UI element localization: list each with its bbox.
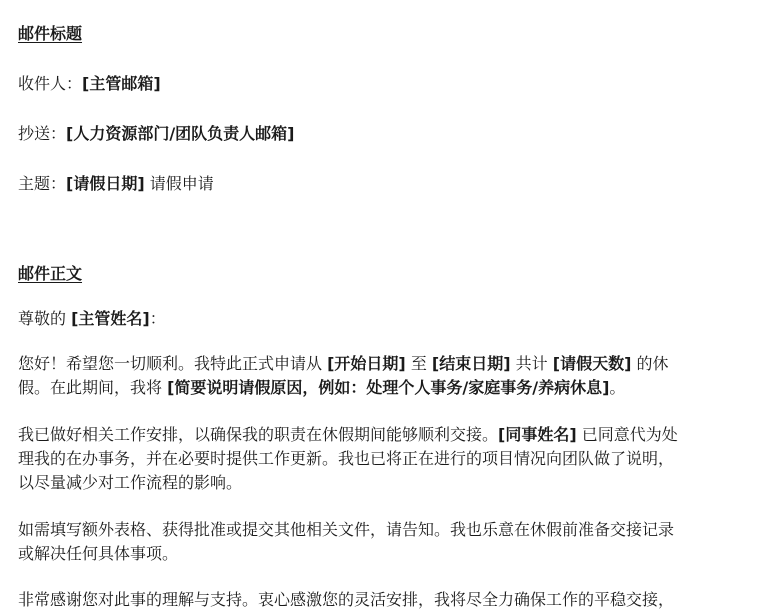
- text-segment: 您好！希望您一切顺利。我特此正式申请从: [18, 354, 327, 373]
- recipient-placeholder: [主管邮箱]: [82, 74, 161, 93]
- paragraph-row: 以尽量减少对工作流程的影响。: [18, 471, 760, 495]
- paragraph-row: 或解决任何具体事项。: [18, 542, 760, 566]
- recipient-line: 收件人：[主管邮箱]: [18, 72, 161, 96]
- text-segment: 。: [609, 378, 625, 397]
- colleague-name-placeholder: [同事姓名]: [498, 425, 577, 444]
- email-header-title: 邮件标题: [18, 22, 82, 46]
- text-segment: 至: [406, 354, 432, 373]
- manager-name-placeholder: [主管姓名]: [71, 309, 150, 328]
- paragraph-thanks: 非常感谢您对此事的理解与支持。衷心感激您的灵活安排，我将尽全力确保工作的平稳交接…: [18, 588, 760, 612]
- text-segment: 共计: [511, 354, 553, 373]
- start-date-placeholder: [开始日期]: [327, 354, 406, 373]
- text-segment: 已同意代为处: [577, 425, 678, 444]
- greeting-prefix: 尊敬的: [18, 309, 71, 328]
- text-segment: 我已做好相关工作安排，以确保我的职责在休假期间能够顺利交接。: [18, 425, 498, 444]
- leave-days-placeholder: [请假天数]: [553, 354, 632, 373]
- greeting-line: 尊敬的 [主管姓名]：: [18, 307, 166, 331]
- recipient-label: 收件人：: [18, 74, 82, 93]
- cc-label: 抄送：: [18, 124, 66, 143]
- paragraph-row: 我已做好相关工作安排，以确保我的职责在休假期间能够顺利交接。[同事姓名] 已同意…: [18, 423, 760, 447]
- subject-label: 主题：: [18, 174, 66, 193]
- subject-text: 请假申请: [145, 174, 214, 193]
- end-date-placeholder: [结束日期]: [432, 354, 511, 373]
- paragraph-row: 您好！希望您一切顺利。我特此正式申请从 [开始日期] 至 [结束日期] 共计 […: [18, 352, 760, 376]
- paragraph-row: 理我的在办事务，并在必要时提供工作更新。我也已将正在进行的项目情况向团队做了说明…: [18, 447, 760, 471]
- cc-placeholder: [人力资源部门/团队负责人邮箱]: [66, 124, 294, 143]
- paragraph-leave-request: 您好！希望您一切顺利。我特此正式申请从 [开始日期] 至 [结束日期] 共计 […: [18, 352, 760, 400]
- paragraph-row: 非常感谢您对此事的理解与支持。衷心感激您的灵活安排，我将尽全力确保工作的平稳交接…: [18, 588, 760, 612]
- paragraph-additional-docs: 如需填写额外表格、获得批准或提交其他相关文件，请告知。我也乐意在休假前准备交接记…: [18, 518, 760, 566]
- leave-reason-placeholder: [简要说明请假原因，例如：处理个人事务/家庭事务/养病休息]: [167, 378, 609, 397]
- subject-date-placeholder: [请假日期]: [66, 174, 145, 193]
- paragraph-handover: 我已做好相关工作安排，以确保我的职责在休假期间能够顺利交接。[同事姓名] 已同意…: [18, 423, 760, 495]
- greeting-suffix: ：: [150, 309, 166, 328]
- text-segment: 假。在此期间，我将: [18, 378, 167, 397]
- paragraph-row: 如需填写额外表格、获得批准或提交其他相关文件，请告知。我也乐意在休假前准备交接记…: [18, 518, 760, 542]
- paragraph-row: 假。在此期间，我将 [简要说明请假原因，例如：处理个人事务/家庭事务/养病休息]…: [18, 376, 760, 400]
- subject-line: 主题：[请假日期] 请假申请: [18, 172, 214, 196]
- cc-line: 抄送：[人力资源部门/团队负责人邮箱]: [18, 122, 295, 146]
- text-segment: 的休: [631, 354, 668, 373]
- email-body-title: 邮件正文: [18, 262, 82, 286]
